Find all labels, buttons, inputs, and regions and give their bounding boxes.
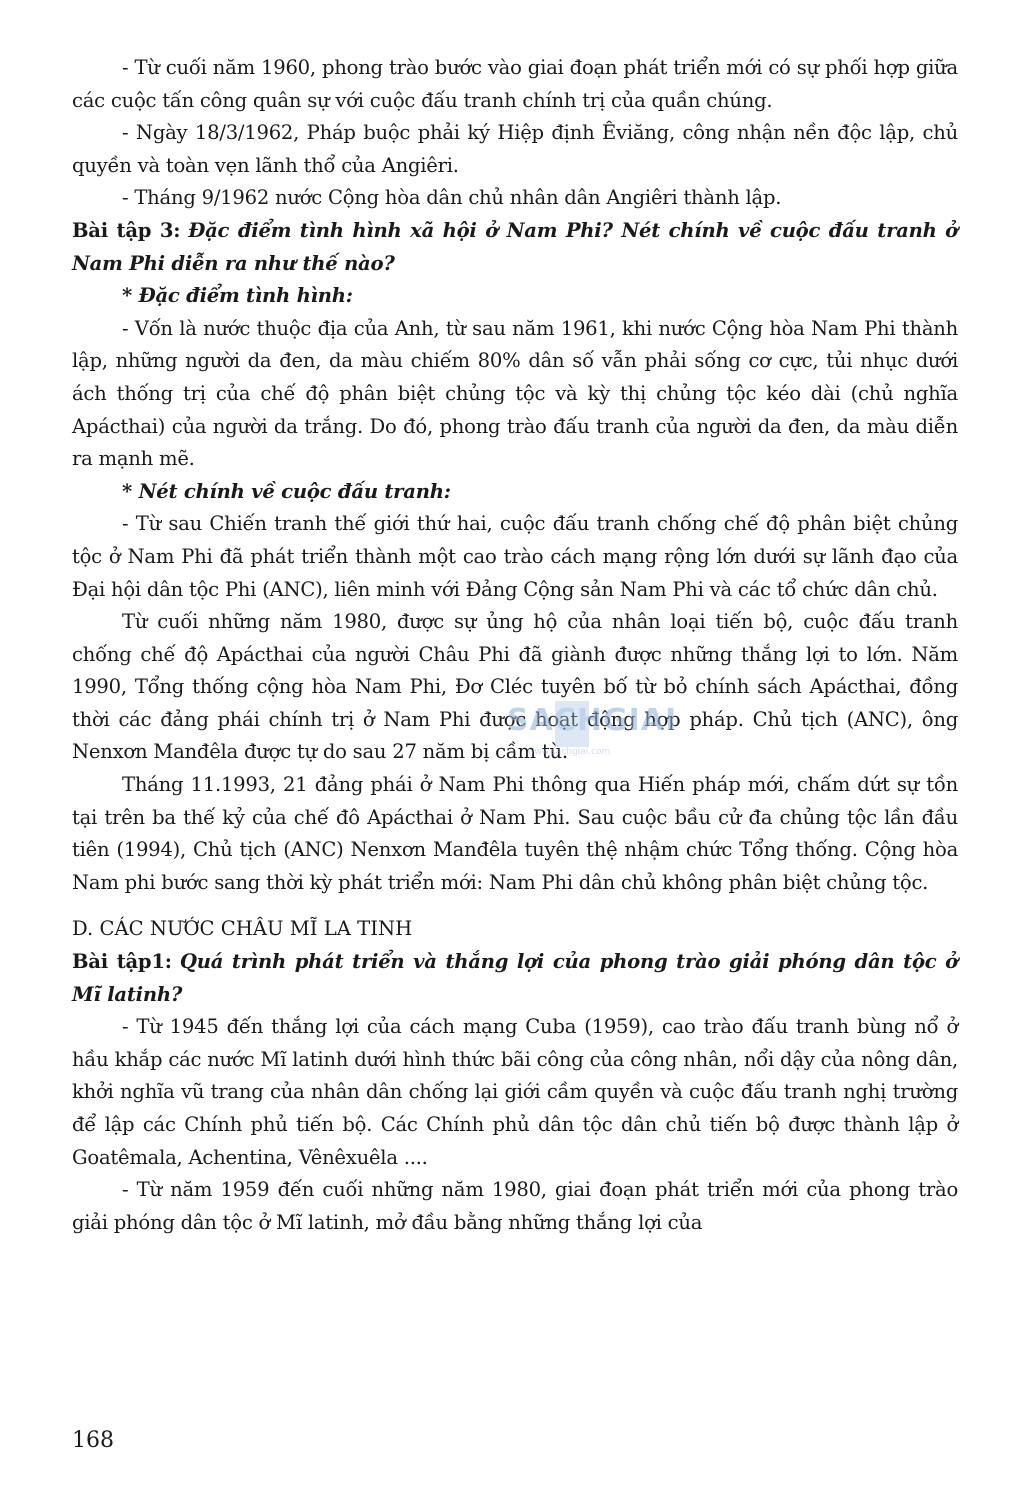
subheading-struggle: * Nét chính về cuộc đấu tranh: [72,476,958,509]
paragraph-algeria-3: - Tháng 9/1962 nước Cộng hòa dân chủ nhâ… [72,182,958,215]
document-page: - Từ cuối năm 1960, phong trào bước vào … [72,52,958,1239]
exercise-1-label: Bài tập1: [72,950,172,973]
paragraph-algeria-1: - Từ cuối năm 1960, phong trào bước vào … [72,52,958,117]
exercise-3-question: Đặc điểm tình hình xã hội ở Nam Phi? Nét… [72,219,958,275]
exercise-3-heading: Bài tập 3: Đặc điểm tình hình xã hội ở N… [72,215,958,280]
exercise-3-label: Bài tập 3: [72,219,180,242]
paragraph-struggle-3: Tháng 11.1993, 21 đảng phái ở Nam Phi th… [72,769,958,899]
section-d-heading: D. CÁC NƯỚC CHÂU MĨ LA TINH [72,913,958,946]
paragraph-struggle-2: Từ cuối những năm 1980, được sự ủng hộ c… [72,606,958,769]
paragraph-algeria-2: - Ngày 18/3/1962, Pháp buộc phải ký Hiệp… [72,117,958,182]
paragraph-latin-america-2: - Từ năm 1959 đến cuối những năm 1980, g… [72,1174,958,1239]
exercise-1-heading: Bài tập1: Quá trình phát triển và thắng … [72,946,958,1011]
page-number: 168 [72,1428,114,1453]
exercise-1-question: Quá trình phát triển và thắng lợi của ph… [72,950,958,1006]
paragraph-struggle-1: - Từ sau Chiến tranh thế giới thứ hai, c… [72,508,958,606]
subheading-situation: * Đặc điểm tình hình: [72,280,958,313]
paragraph-latin-america-1: - Từ 1945 đến thắng lợi của cách mạng Cu… [72,1011,958,1174]
paragraph-situation: - Vốn là nước thuộc địa của Anh, từ sau … [72,313,958,476]
